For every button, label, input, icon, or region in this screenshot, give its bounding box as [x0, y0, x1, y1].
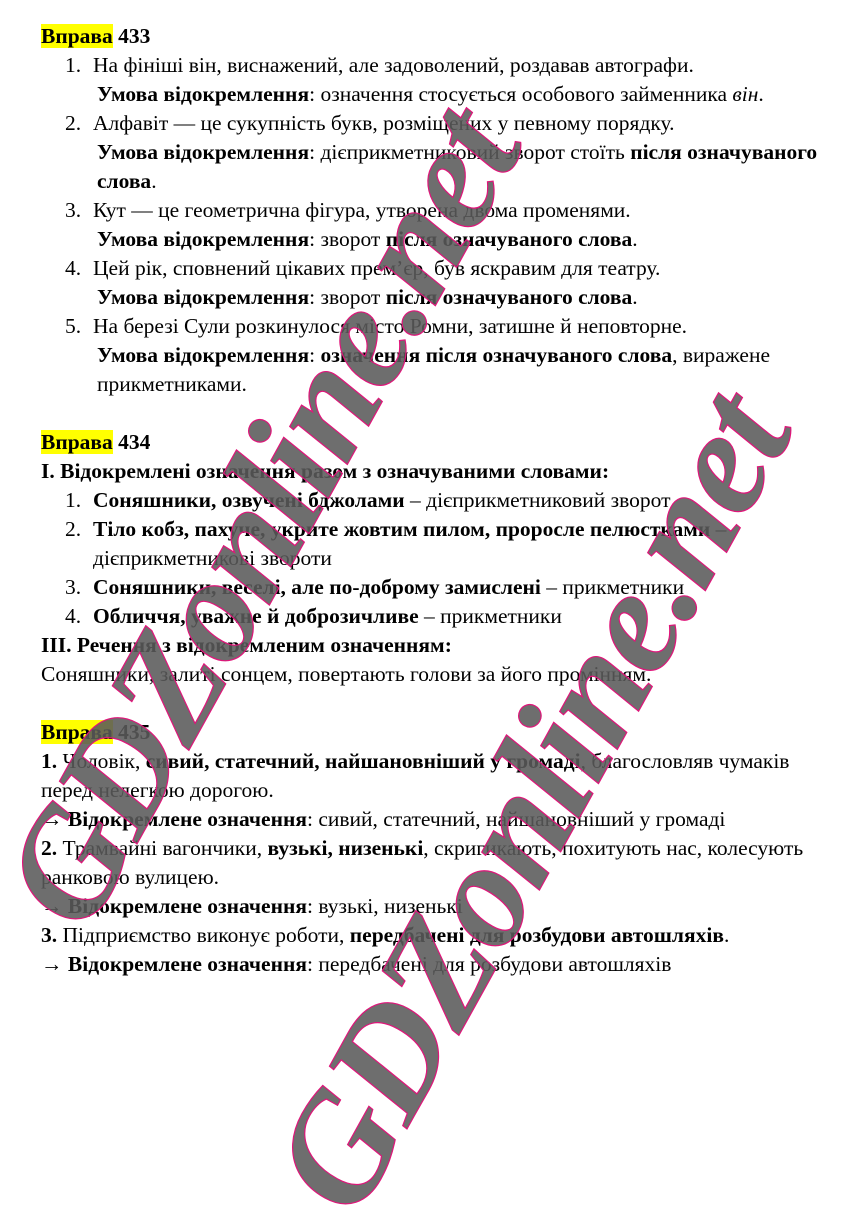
sentence-text: сивий, статечний, найшановніший у громад…: [146, 749, 581, 773]
condition-text: .: [151, 169, 156, 193]
answer-text: : вузькі, низенькі: [307, 894, 463, 918]
condition-line: Умова відокремлення: зворот після означу…: [93, 225, 831, 254]
phrase-type: – дієприкметниковий зворот: [405, 488, 671, 512]
exercise-label-highlight: Вправа: [41, 430, 113, 454]
condition-text: означення після означуваного слова: [320, 343, 672, 367]
item-number: 4.: [65, 254, 81, 283]
item-sentence: На березі Сули розкинулося місто Ромни, …: [93, 312, 831, 341]
condition-line: Умова відокремлення: означення після озн…: [93, 341, 831, 399]
list-item: 3.Кут — це геометрична фігура, утворена …: [41, 196, 831, 254]
item-number: 2.: [65, 109, 81, 138]
item-number: 3.: [65, 573, 81, 602]
phrase-type: – прикметники: [541, 575, 684, 599]
exercise-434-list: 1.Соняшники, озвучені бджолами – дієприк…: [41, 486, 831, 631]
condition-text: означення стосується особового займенник…: [320, 82, 732, 106]
answer-label: Відокремлене означення: [68, 894, 307, 918]
item-number: 3.: [41, 923, 57, 947]
exercise-435: Вправа 435 1. Чоловік, сивий, статечний,…: [41, 718, 831, 979]
list-item: 2.Тіло кобз, пахуче, укрите жовтим пилом…: [41, 515, 831, 573]
exercise-number: 434: [118, 430, 150, 454]
item-sentence: На фініші він, виснажений, але задоволен…: [93, 51, 831, 80]
exercise-435-list: 1. Чоловік, сивий, статечний, найшановні…: [41, 747, 831, 979]
document-page: Вправа 433 1.На фініші він, виснажений, …: [41, 22, 831, 979]
list-item: 4.Цей рік, сповнений цікавих прем’єр, бу…: [41, 254, 831, 312]
condition-text: після означуваного слова: [386, 285, 633, 309]
part3-sentence: Соняшники, залиті сонцем, повертають гол…: [41, 660, 831, 689]
item-number: 4.: [65, 602, 81, 631]
item-number: 5.: [65, 312, 81, 341]
condition-separator: :: [309, 140, 320, 164]
answer-line: → Відокремлене означення: сивий, статечн…: [41, 805, 831, 834]
exercise-number: 435: [118, 720, 150, 744]
item-number: 2.: [65, 515, 81, 544]
exercise-434: Вправа 434 І. Відокремлені означення раз…: [41, 428, 831, 689]
condition-label: Умова відокремлення: [97, 140, 309, 164]
list-item: 1.Соняшники, озвучені бджолами – дієприк…: [41, 486, 831, 515]
item-sentence: Цей рік, сповнений цікавих прем’єр, був …: [93, 254, 831, 283]
exercise-label-highlight: Вправа: [41, 720, 113, 744]
sentence-text: Трамвайні вагончики,: [57, 836, 267, 860]
condition-text: зворот: [320, 227, 385, 251]
item-number: 1.: [65, 51, 81, 80]
arrow-icon: →: [41, 894, 68, 918]
list-item: 3.Соняшники, веселі, але по-доброму зами…: [41, 573, 831, 602]
arrow-icon: →: [41, 807, 68, 831]
condition-line: Умова відокремлення: зворот після означу…: [93, 283, 831, 312]
answer-label: Відокремлене означення: [68, 952, 307, 976]
exercise-title: Вправа 434: [41, 428, 831, 457]
sentence-text: передбачені для розбудови автошляхів: [350, 923, 724, 947]
condition-text: зворот: [320, 285, 385, 309]
condition-label: Умова відокремлення: [97, 285, 309, 309]
list-item: 5.На березі Сули розкинулося місто Ромни…: [41, 312, 831, 399]
condition-text: після означуваного слова: [386, 227, 633, 251]
condition-text: .: [758, 82, 763, 106]
sentence-text: Чоловік,: [57, 749, 146, 773]
exercise-title: Вправа 435: [41, 718, 831, 747]
condition-text: він: [732, 82, 758, 106]
condition-label: Умова відокремлення: [97, 82, 309, 106]
item-number: 3.: [65, 196, 81, 225]
answer-line: → Відокремлене означення: передбачені дл…: [41, 950, 831, 979]
sentence-item: 2. Трамвайні вагончики, вузькі, низенькі…: [41, 834, 831, 892]
sentence-item: 1. Чоловік, сивий, статечний, найшановні…: [41, 747, 831, 805]
part1-heading: І. Відокремлені означення разом з означу…: [41, 457, 831, 486]
part3-heading: ІІІ. Речення з відокремленим означенням:: [41, 631, 831, 660]
answer-line: → Відокремлене означення: вузькі, низень…: [41, 892, 831, 921]
exercise-label-highlight: Вправа: [41, 24, 113, 48]
defined-phrase: Тіло кобз, пахуче, укрите жовтим пилом, …: [93, 517, 710, 541]
defined-phrase: Соняшники, веселі, але по-доброму замисл…: [93, 575, 541, 599]
item-number: 2.: [41, 836, 57, 860]
answer-text: : передбачені для розбудови автошляхів: [307, 952, 671, 976]
sentence-text: .: [724, 923, 729, 947]
answer-label: Відокремлене означення: [68, 807, 307, 831]
condition-text: .: [632, 285, 637, 309]
condition-label: Умова відокремлення: [97, 343, 309, 367]
list-item: 1.На фініші він, виснажений, але задовол…: [41, 51, 831, 109]
sentence-text: вузькі, низенькі: [267, 836, 423, 860]
defined-phrase: Обличчя, уважне й доброзичливе: [93, 604, 419, 628]
condition-text: дієприкметниковий зворот стоїть: [320, 140, 630, 164]
item-number: 1.: [41, 749, 57, 773]
item-sentence: Алфавіт — це сукупність букв, розміщених…: [93, 109, 831, 138]
arrow-icon: →: [41, 952, 68, 976]
condition-separator: :: [309, 227, 320, 251]
sentence-text: Підприємство виконує роботи,: [57, 923, 350, 947]
exercise-433-list: 1.На фініші він, виснажений, але задовол…: [41, 51, 831, 399]
condition-line: Умова відокремлення: означення стосуєтьс…: [93, 80, 831, 109]
phrase-type: – прикметники: [419, 604, 562, 628]
sentence-item: 3. Підприємство виконує роботи, передбач…: [41, 921, 831, 950]
condition-separator: :: [309, 343, 320, 367]
exercise-433: Вправа 433 1.На фініші він, виснажений, …: [41, 22, 831, 399]
defined-phrase: Соняшники, озвучені бджолами: [93, 488, 405, 512]
list-item: 4.Обличчя, уважне й доброзичливе – прикм…: [41, 602, 831, 631]
item-number: 1.: [65, 486, 81, 515]
item-sentence: Кут — це геометрична фігура, утворена дв…: [93, 196, 831, 225]
condition-separator: :: [309, 285, 320, 309]
condition-line: Умова відокремлення: дієприкметниковий з…: [93, 138, 831, 196]
condition-text: .: [632, 227, 637, 251]
list-item: 2.Алфавіт — це сукупність букв, розміщен…: [41, 109, 831, 196]
exercise-number: 433: [118, 24, 150, 48]
answer-text: : сивий, статечний, найшановніший у гром…: [307, 807, 725, 831]
condition-separator: :: [309, 82, 320, 106]
exercise-title: Вправа 433: [41, 22, 831, 51]
condition-label: Умова відокремлення: [97, 227, 309, 251]
